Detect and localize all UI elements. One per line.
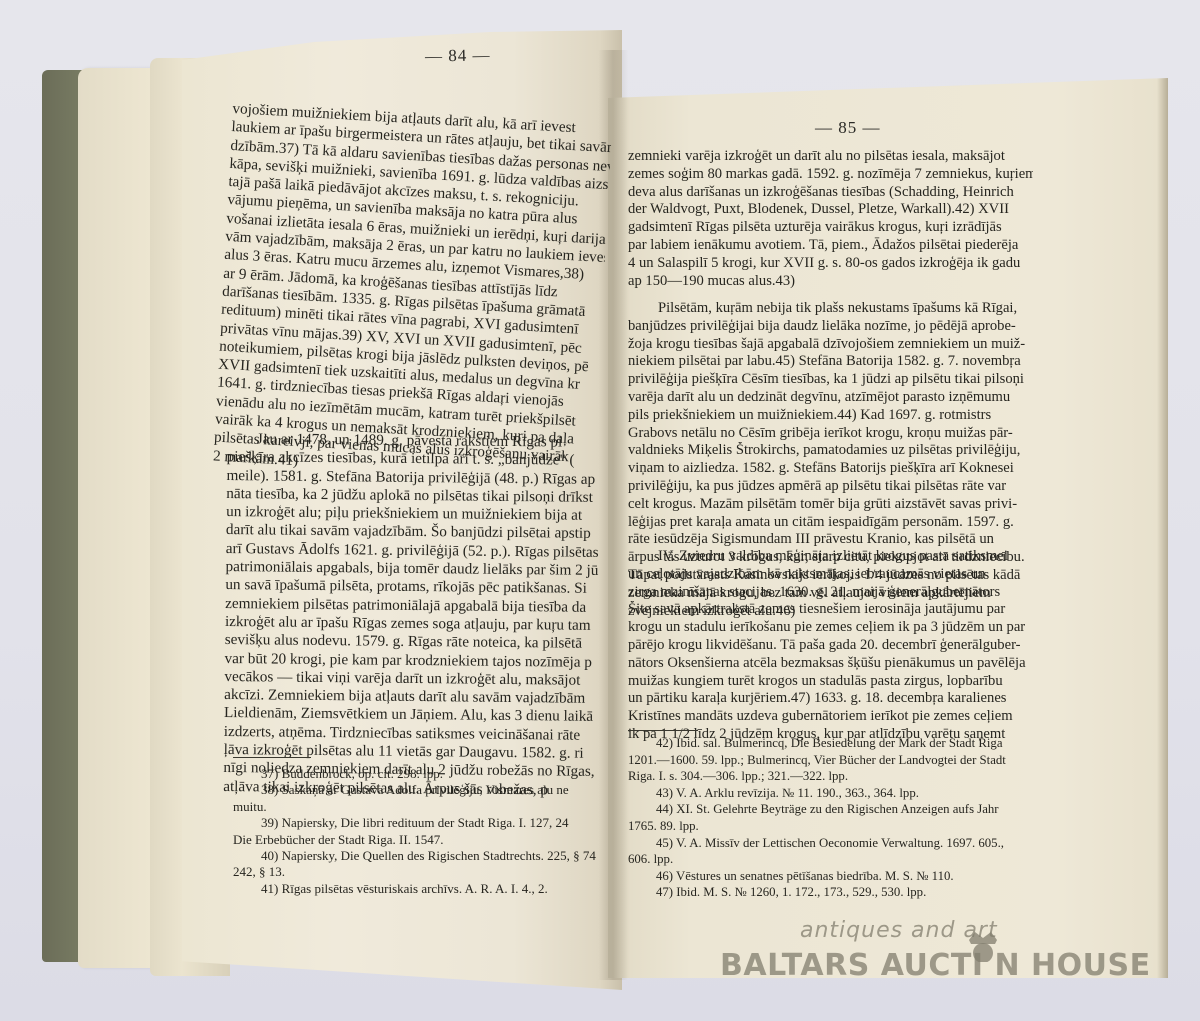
left-page-paragraph-1: vojošiem muižniekiem bija atļauts darīt … [213,100,613,487]
text-line: 242, § 13. [233,864,613,880]
text-line: privilēģija piešķīra Cēsīm tiesības, ka … [628,371,1033,389]
text-line: žoja krogu tiesības šajā apgabalā dzīvoj… [628,336,1033,354]
text-line: zemnieki varēja izkroģēt un darīt alu no… [628,148,1033,166]
text-line: muitu. [233,799,613,815]
footnote-divider-left [233,757,311,758]
text-line: 46) Vēstures un senatnes pētīšanas biedr… [628,868,1033,885]
text-line: un pārtiku karaļa kurjēriem.47) 1633. g.… [628,690,1033,708]
text-line: der Waldvogt, Puxt, Blodenek, Dussel, Pl… [628,201,1033,219]
left-page-footnotes: 37) Buddenbrock, op. cit. 298. lpp.38) S… [233,766,613,897]
text-line: deva alus darīšanas un izkroģēšanas ties… [628,184,1033,202]
text-line: Die Erbebücher der Stadt Riga. II. 1547. [233,832,613,848]
text-line: pils priekšniekiem un muižniekiem.44) Ka… [628,407,1033,425]
footnote-divider-right [628,730,698,731]
text-line: 1765. 89. lpp. [628,818,1033,835]
crown-icon [965,926,1001,962]
text-line: nātors Oksenšierna atcēla bezmaksas šķūš… [628,655,1033,673]
text-line: privilēģiju, ka pus jūdzes apmērā ap pil… [628,478,1033,496]
text-line: lēģijas pret karaļa amata un citām iespa… [628,514,1033,532]
text-line: 40) Napiersky, Die Quellen des Rigischen… [233,848,613,864]
text-line: pārējo krogu likvidēšanu. Tā paša gada 2… [628,637,1033,655]
text-line: viņam to aizliedza. 1582. g. Stefāns Bat… [628,460,1033,478]
text-line: 43) V. A. Arklu revīzija. № 11. 190., 36… [628,785,1033,802]
text-line: ap 150—190 mucas alus.43) [628,273,1033,291]
watermark-brand: BALTARS AUCTI N HOUSE [720,948,1151,983]
text-line: 44) XI. St. Gelehrte Beyträge zu den Rig… [628,801,1033,818]
text-line: 4 un Salaspilī 5 krogi, kur XVII g. s. 8… [628,255,1033,273]
text-line: 39) Napiersky, Die libri redituum der St… [233,815,613,831]
left-page-number: — 84 — [425,45,491,66]
right-page-number: — 85 — [815,118,881,138]
text-line: IV. Zviedru valdība mēģināja izlietāt kr… [628,548,1033,566]
text-line: banjūdzes privilēģijai bija daudz lielāk… [628,318,1033,336]
text-line: Riga. I. s. 304.—306. lpp.; 321.—322. lp… [628,768,1033,785]
text-line: zirga mainīšanas stacijas. 1630. g. 21. … [628,584,1033,602]
text-line: zemes soģim 80 markas gadā. 1592. g. noz… [628,166,1033,184]
text-line: 45) V. A. Missīv der Lettischen Oeconomi… [628,835,1033,852]
right-page-paragraph-3: IV. Zviedru valdība mēģināja izlietāt kr… [628,548,1033,744]
text-line: valdnieks Miķelis Štrokirchs, pamatodami… [628,442,1033,460]
text-line: Šite savā apkārtrakstā zemes tiesnešiem … [628,601,1033,619]
text-line: krogu un stadulu ierīkošanu pie zemes ce… [628,619,1033,637]
left-page-paragraph-2: Jau ar 1478. un 1489. g. pāvesta rakstie… [223,430,612,800]
text-line: 41) Rīgas pilsētas vēsturiskais archīvs.… [233,881,613,897]
text-line: 38) Saskaņā ar Gustava Adolfa privilēģij… [233,782,613,798]
right-page-footnotes: 42) Ibid. sal. Bulmerincq, Die Besiedelu… [628,735,1033,901]
text-line: Kristīnes mandāts uzdeva gubernātoriem i… [628,708,1033,726]
text-line: rāte iesūdzēja Sigismundam III prāvestu … [628,531,1033,549]
text-line: 37) Buddenbrock, op. cit. 298. lpp. [233,766,613,782]
text-line: 47) Ibid. M. S. № 1260, 1. 172., 173., 5… [628,884,1033,901]
text-line: celt krogus. Mazām pilsētām tomēr bija g… [628,496,1033,514]
text-line: varēja darīt alu un dedzināt degvīnu, at… [628,389,1033,407]
right-page-paragraph-1: zemnieki varēja izkroģēt un darīt alu no… [628,148,1033,290]
text-line: un ceļotāju vajadzībām kā naktsmājas, ie… [628,566,1033,584]
text-line: 1201.—1600. 59. lpp.; Bulmerincq, Vier B… [628,752,1033,769]
text-line: gadsimtenī Rīgas pilsēta uzturēja vairāk… [628,219,1033,237]
text-line: 42) Ibid. sal. Bulmerincq, Die Besiedelu… [628,735,1033,752]
text-line: niekiem pilsētai par labu.45) Stefāna Ba… [628,353,1033,371]
text-line: Pilsētām, kuŗām nebija tik plašs nekusta… [628,300,1033,318]
text-line: 606. lpp. [628,851,1033,868]
text-line: muižas kungiem turēt krogos un stadulās … [628,673,1033,691]
text-line: Grabovs netālu no Cēsīm gribēja ierīkot … [628,425,1033,443]
text-line: par labiem ienākumu avotiem. Tā, piem., … [628,237,1033,255]
